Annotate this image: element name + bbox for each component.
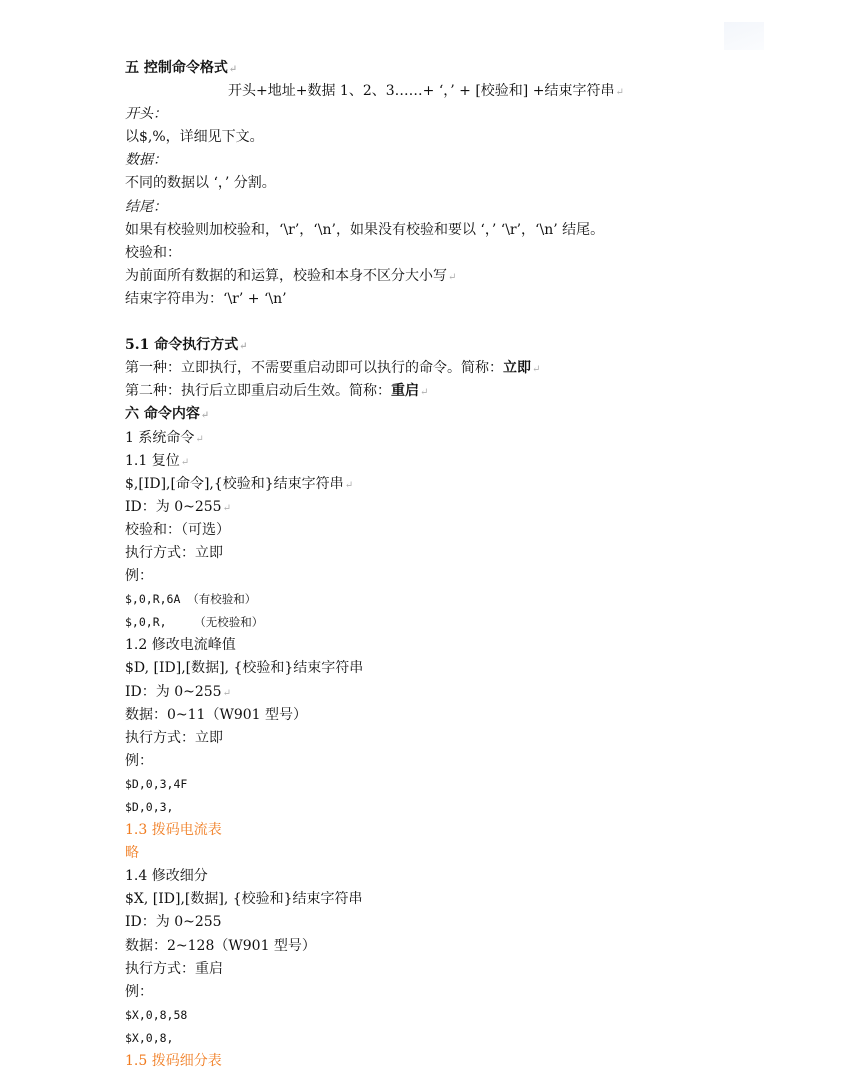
section5-title: 五 控制命令格式↵	[125, 57, 745, 80]
current-example-2: $D,0,3,	[125, 796, 745, 819]
reset-title: 1.1 复位↵	[125, 450, 745, 473]
microstep-syntax: $X, [ID],[数据], {校验和}结束字符串	[125, 888, 745, 911]
data-label: 数据：	[125, 149, 745, 172]
command-format-line: 开头+地址+数据 1、2、3……+ ‘，’ + [校验和] +结束字符串↵	[125, 80, 745, 103]
dip-current-note: 略	[125, 842, 745, 865]
data-desc: 不同的数据以 ‘，’ 分割。	[125, 172, 745, 195]
current-exec: 执行方式：立即	[125, 727, 745, 750]
checksum-label: 校验和：	[125, 242, 745, 265]
reset-syntax: $,[ID],[命令],{校验和}结束字符串↵	[125, 473, 745, 496]
section6-title: 六 命令内容↵	[125, 403, 745, 426]
microstep-example-label: 例：	[125, 981, 745, 1004]
reset-example-2: $,0,R, （无校验和）	[125, 611, 745, 634]
terminator-desc: 结束字符串为：‘\r’ + ‘\n’	[125, 288, 745, 311]
start-desc: 以$,%，详细见下文。	[125, 126, 745, 149]
reset-example-label: 例：	[125, 565, 745, 588]
exec-mode-2: 第二种：执行后立即重启动后生效。简称：重启↵	[125, 380, 745, 403]
exec-mode-1: 第一种：立即执行，不需要重启动即可以执行的命令。简称：立即↵	[125, 357, 745, 380]
reset-exec: 执行方式：立即	[125, 542, 745, 565]
microstep-title: 1.4 修改细分	[125, 865, 745, 888]
reset-id-range: ID：为 0~255↵	[125, 496, 745, 519]
current-data-range: 数据：0~11（W901 型号）	[125, 704, 745, 727]
system-commands-heading: 1 系统命令↵	[125, 427, 745, 450]
current-example-1: $D,0,3,4F	[125, 773, 745, 796]
dip-current-title: 1.3 拨码电流表	[125, 819, 745, 842]
dip-microstep-title: 1.5 拨码细分表	[125, 1050, 745, 1072]
end-label: 结尾：	[125, 196, 745, 219]
reset-example-1: $,0,R,6A （有校验和）	[125, 588, 745, 611]
current-syntax: $D, [ID],[数据], {校验和}结束字符串	[125, 657, 745, 680]
current-id-range: ID：为 0~255↵	[125, 681, 745, 704]
start-label: 开头：	[125, 103, 745, 126]
microstep-example-1: $X,0,8,58	[125, 1004, 745, 1027]
current-example-label: 例：	[125, 750, 745, 773]
page-corner-mark	[724, 22, 764, 50]
microstep-example-2: $X,0,8,	[125, 1027, 745, 1050]
end-desc: 如果有校验则加校验和，‘\r’，‘\n’，如果没有校验和要以 ‘，’ ‘\r’，…	[125, 219, 745, 242]
checksum-desc: 为前面所有数据的和运算，校验和本身不区分大小写↵	[125, 265, 745, 288]
document-page: 五 控制命令格式↵ 开头+地址+数据 1、2、3……+ ‘，’ + [校验和] …	[125, 57, 745, 1072]
microstep-data-range: 数据：2~128（W901 型号）	[125, 935, 745, 958]
section51-title: 5.1 命令执行方式↵	[125, 334, 745, 357]
reset-checksum: 校验和：（可选）	[125, 519, 745, 542]
current-title: 1.2 修改电流峰值	[125, 634, 745, 657]
spacer	[125, 311, 745, 334]
microstep-id-range: ID：为 0~255	[125, 911, 745, 934]
microstep-exec: 执行方式：重启	[125, 958, 745, 981]
